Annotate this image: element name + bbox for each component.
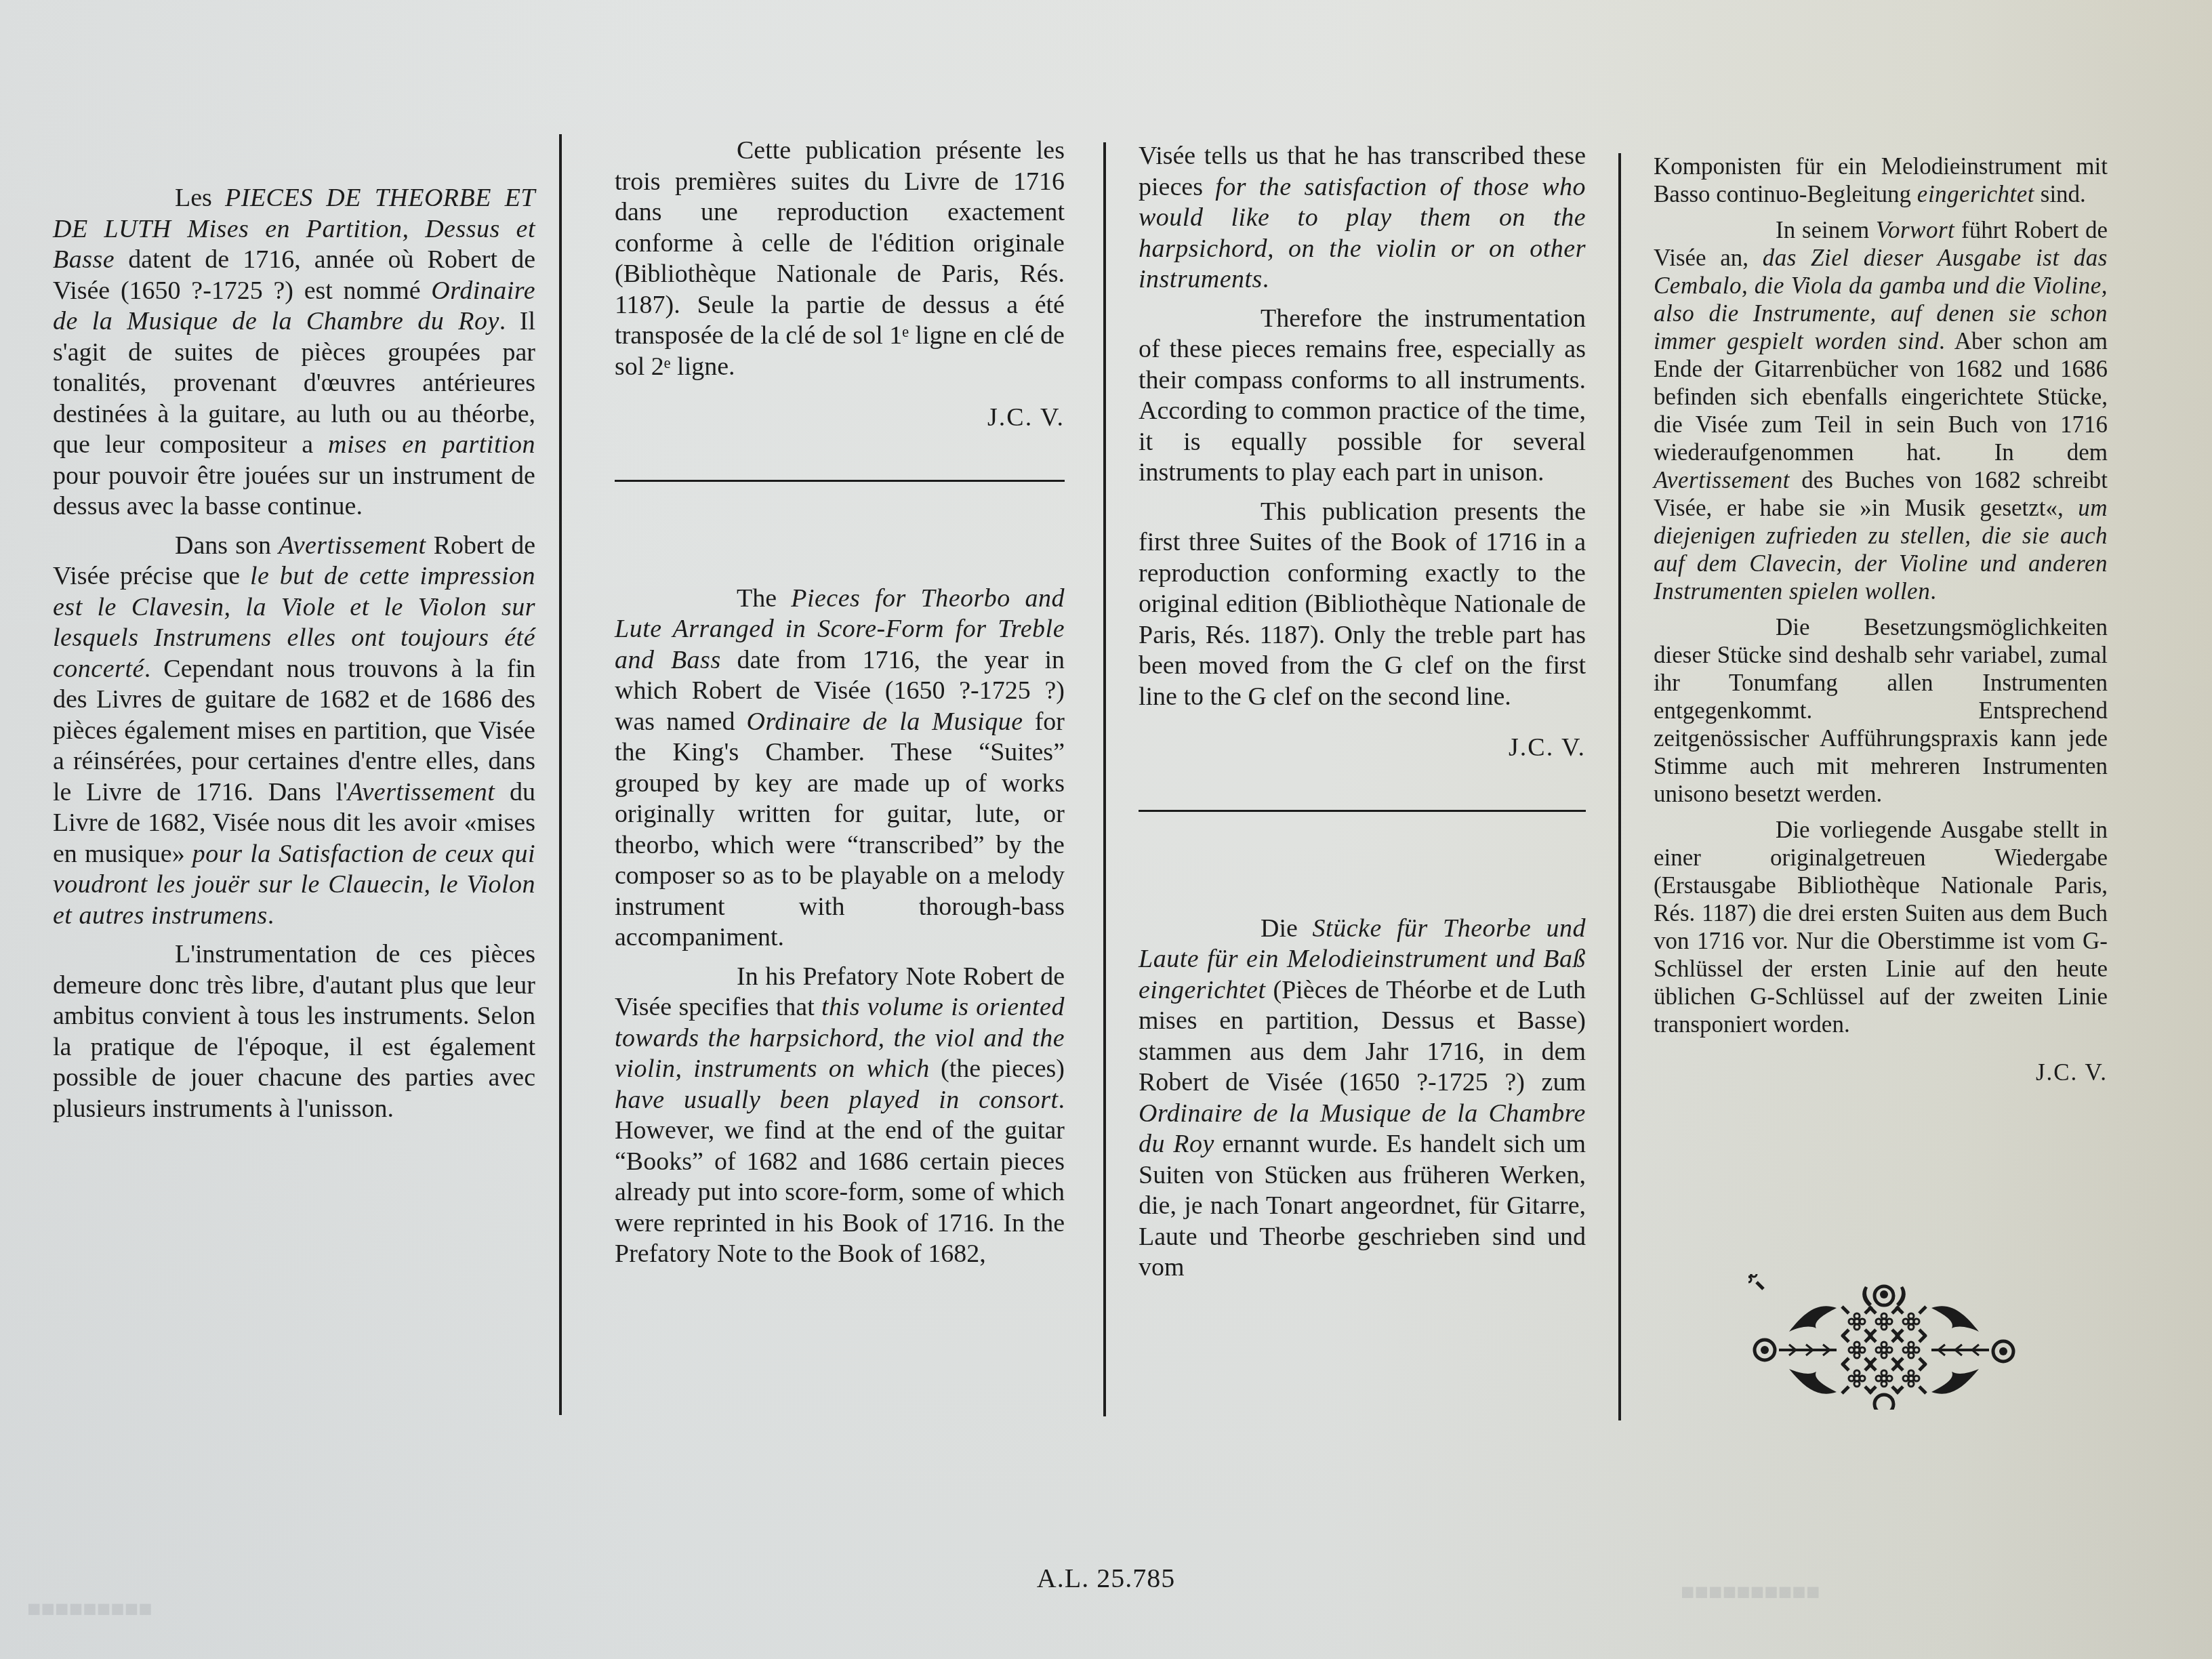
text: Cette publication présente les trois pre… (615, 136, 1065, 381)
text: Die Besetzungsmöglichkeiten dieser Stück… (1654, 614, 2108, 807)
column-divider (1103, 142, 1106, 1416)
column-divider (1618, 153, 1621, 1420)
paragraph: Les PIECES DE THEORBE ET DE LUTH Mises e… (53, 183, 535, 523)
column-german: Komponisten für ein Melodieinstrument mi… (1654, 152, 2108, 1086)
text: Dans son (175, 531, 279, 560)
paragraph: L'instrumentation de ces pièces demeure … (53, 939, 535, 1124)
paragraph: Die Stücke für Theorbe und Laute für ein… (1139, 914, 1586, 1284)
text: (the pieces) (930, 1054, 1065, 1083)
paragraph: In seinem Vorwort führt Robert de Visée … (1654, 216, 2108, 605)
show-through-text: ■■■■■■■■■ (27, 1596, 152, 1622)
italic-text: have usually been played in consort (615, 1086, 1059, 1114)
paragraph: Visée tells us that he has transcribed t… (1139, 141, 1586, 295)
text: In seinem (1776, 217, 1876, 243)
text: . (1263, 265, 1269, 293)
text: Die vorliegende Ausgabe stellt in einer … (1654, 817, 2108, 1038)
section-rule (615, 480, 1065, 482)
paragraph: Dans son Avertissement Robert de Visée p… (53, 531, 535, 932)
text: L'instrumentation de ces pièces demeure … (53, 940, 535, 1123)
paragraph: Die vorliegende Ausgabe stellt in einer … (1654, 816, 2108, 1038)
italic-text: mises en partition (328, 430, 535, 459)
catalog-number: A.L. 25.785 (0, 1562, 2212, 1594)
paragraph: Cette publication présente les trois pre… (615, 136, 1065, 382)
paragraph: The Pieces for Theorbo and Lute Arranged… (615, 583, 1065, 954)
signature: J.C. V. (615, 403, 1065, 434)
column-french-english: Cette publication présente les trois pre… (615, 136, 1065, 1270)
text: for the King's Chamber. These “Suites” g… (615, 708, 1065, 952)
text: . (268, 901, 274, 930)
text: . (1930, 578, 1936, 605)
column-french: Les PIECES DE THEORBE ET DE LUTH Mises e… (53, 183, 535, 1124)
text: Therefore the instrumentation of these p… (1139, 304, 1586, 487)
text: sind. (2034, 181, 2086, 207)
text: pour pouvoir être jouées sur un instrume… (53, 462, 535, 521)
section-rule (1139, 810, 1586, 812)
italic-text: Avertissement (1654, 467, 1790, 493)
italic-text: eingerichtet (1917, 181, 2034, 207)
paragraph: Die Besetzungsmöglichkeiten dieser Stück… (1654, 613, 2108, 808)
paragraph: Therefore the instrumentation of these p… (1139, 304, 1586, 489)
italic-text: Avertissement (279, 531, 426, 560)
paragraph: In his Prefatory Note Robert de Visée sp… (615, 962, 1065, 1270)
signature: J.C. V. (1654, 1059, 2108, 1086)
paragraph: This publication presents the first thre… (1139, 497, 1586, 713)
floral-ornament-icon (1748, 1274, 2020, 1410)
column-english-german: Visée tells us that he has transcribed t… (1139, 141, 1586, 1284)
italic-text: Vorwort (1876, 217, 1954, 243)
text: Les (175, 184, 225, 212)
text: Die (1261, 914, 1313, 943)
paragraph: Komponisten für ein Melodieinstrument mi… (1654, 152, 2108, 208)
text: The (737, 584, 791, 613)
text: This publication presents the first thre… (1139, 497, 1586, 711)
italic-text: Ordinaire de la Musique (747, 708, 1023, 736)
signature: J.C. V. (1139, 733, 1586, 764)
italic-text: Avertissement (348, 778, 495, 806)
column-divider (559, 134, 562, 1415)
